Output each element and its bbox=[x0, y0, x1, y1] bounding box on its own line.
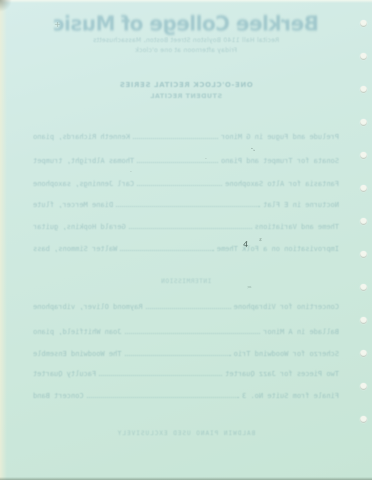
dotted-leader bbox=[99, 375, 222, 376]
program-title: ONE-O'CLOCK RECITAL SERIES bbox=[0, 81, 372, 89]
performer-name: Joan Whitfield, piano bbox=[33, 328, 122, 336]
dotted-leader bbox=[125, 333, 261, 334]
address-line-1: Recital Hall 1140 Boylston Street Boston… bbox=[0, 37, 372, 44]
punch-hole bbox=[360, 251, 367, 258]
punch-hole bbox=[360, 152, 367, 159]
punch-hole bbox=[360, 416, 367, 423]
piece-title: Sonata for Trumpet and Piano bbox=[221, 157, 339, 165]
punch-hole bbox=[360, 20, 367, 27]
punch-hole bbox=[360, 86, 367, 93]
ink-speck: : bbox=[250, 146, 257, 152]
program-row: Ballade in A MinorJoan Whitfield, piano bbox=[33, 328, 339, 336]
ink-speck: ≈ bbox=[247, 285, 253, 292]
piece-title: Scherzo for Woodwind Trio bbox=[234, 350, 339, 358]
program-row: Two Pieces for Jazz QuartetFaculty Quart… bbox=[33, 370, 339, 378]
performer-name: Diane Mercer, flute bbox=[33, 201, 113, 209]
punch-hole bbox=[360, 185, 367, 192]
scanned-program-page-back: Berklee College of Music Recital Hall 11… bbox=[0, 0, 372, 480]
program-list-second-half: Concertino for VibraphoneRaymond Oliver,… bbox=[33, 0, 339, 480]
program-row: Nocturne in E FlatDiane Mercer, flute bbox=[33, 201, 339, 209]
ink-speck: · bbox=[205, 157, 207, 163]
piece-title: Improvisation on a Folk Theme bbox=[217, 245, 339, 253]
program-row: Theme and VariationsGerald Hopkins, guit… bbox=[33, 223, 339, 231]
paper-edge-top bbox=[0, 0, 372, 3]
ink-speck: · bbox=[130, 170, 132, 176]
program-row: Sonata for Trumpet and PianoThomas Albri… bbox=[33, 157, 339, 165]
punch-hole bbox=[360, 317, 367, 324]
program-row: Concertino for VibraphoneRaymond Oliver,… bbox=[33, 303, 339, 311]
dotted-leader bbox=[133, 138, 218, 139]
piece-title: Fantasia for Alto Saxophone bbox=[225, 180, 339, 188]
performer-name: Raymond Oliver, vibraphone bbox=[33, 303, 143, 311]
piece-title: Concertino for Vibraphone bbox=[234, 303, 339, 311]
address-line-2: Friday afternoon at one o'clock bbox=[0, 47, 372, 54]
punch-hole bbox=[360, 119, 367, 126]
dotted-leader bbox=[137, 185, 222, 186]
program-subtitle: STUDENT RECITAL bbox=[0, 92, 372, 100]
piece-title: Ballade in A Minor bbox=[263, 328, 339, 336]
piece-title: Prelude and Fugue in G Minor bbox=[221, 133, 339, 141]
program-row: Improvisation on a Folk ThemeWalter Simm… bbox=[33, 245, 339, 253]
ink-speck: s bbox=[258, 238, 262, 244]
performer-name: Gerald Hopkins, guitar bbox=[33, 223, 126, 231]
performer-name: Faculty Quartet bbox=[33, 370, 96, 378]
program-list-first-half: Prelude and Fugue in G MinorKenneth Rich… bbox=[33, 0, 339, 480]
dotted-leader bbox=[87, 397, 239, 398]
intermission-heading: INTERMISSION bbox=[0, 278, 372, 285]
punch-hole bbox=[360, 53, 367, 60]
program-row: Prelude and Fugue in G MinorKenneth Rich… bbox=[33, 133, 339, 141]
piece-title: Nocturne in E Flat bbox=[263, 201, 339, 209]
piece-title: Finale from Suite No. 3 bbox=[242, 392, 339, 400]
performer-name: Carl Jennings, saxophone bbox=[33, 180, 134, 188]
dotted-leader bbox=[120, 250, 213, 251]
paper-edge-left bbox=[0, 0, 7, 480]
college-logo-bleed: Berklee College of Music bbox=[50, 11, 322, 36]
performer-name: Kenneth Richards, piano bbox=[33, 133, 130, 141]
ink-speck: 4 bbox=[243, 241, 249, 249]
punch-hole bbox=[360, 383, 367, 390]
footer-credit-line: BALDWIN PIANO USED EXCLUSIVELY bbox=[0, 430, 372, 437]
paper-corner-shadow bbox=[0, 0, 12, 12]
ink-bleedthrough-layer: Berklee College of Music Recital Hall 11… bbox=[0, 0, 372, 480]
program-row: Scherzo for Woodwind TrioThe Woodwind En… bbox=[33, 350, 339, 358]
dotted-leader bbox=[129, 228, 252, 229]
performer-name: The Woodwind Ensemble bbox=[33, 350, 122, 358]
performer-name: Thomas Albright, trumpet bbox=[33, 157, 134, 165]
punch-hole bbox=[360, 284, 367, 291]
piece-title: Theme and Variations bbox=[255, 223, 339, 231]
dotted-leader bbox=[125, 355, 231, 356]
performer-name: Walter Simmons, bass bbox=[33, 245, 117, 253]
program-row: Finale from Suite No. 3Concert Band bbox=[33, 392, 339, 400]
punch-hole bbox=[360, 350, 367, 357]
ink-speck: + bbox=[54, 21, 61, 29]
dotted-leader bbox=[116, 206, 260, 207]
program-row: Fantasia for Alto SaxophoneCarl Jennings… bbox=[33, 180, 339, 188]
punch-hole bbox=[360, 218, 367, 225]
performer-name: Concert Band bbox=[33, 392, 84, 400]
dotted-leader bbox=[146, 308, 231, 309]
piece-title: Two Pieces for Jazz Quartet bbox=[225, 370, 339, 378]
